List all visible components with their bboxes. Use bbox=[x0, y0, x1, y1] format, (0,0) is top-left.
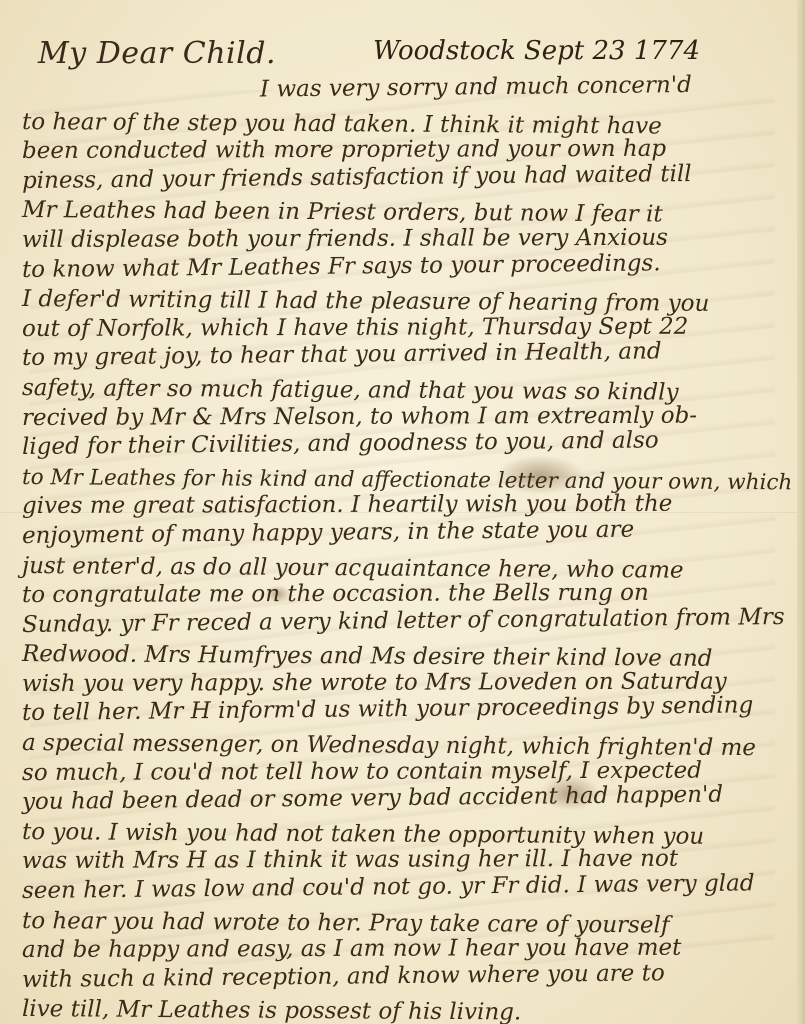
letter-page: My Dear Child. Woodstock Sept 23 1774 I … bbox=[0, 0, 805, 1024]
letter-line: live till, Mr Leathes is possest of his … bbox=[22, 995, 792, 1024]
paper-edge bbox=[797, 0, 805, 1024]
salutation: My Dear Child. bbox=[38, 36, 276, 71]
letter-line: you had been dead or some very bad accid… bbox=[22, 780, 792, 818]
place-date: Woodstock Sept 23 1774 bbox=[373, 36, 700, 66]
letter-body: I was very sorry and much concern'dto he… bbox=[22, 78, 792, 1024]
letter-line: to my great joy, to hear that you arrive… bbox=[22, 336, 792, 374]
letter-line: to tell her. Mr H inform'd us with your … bbox=[22, 691, 792, 729]
